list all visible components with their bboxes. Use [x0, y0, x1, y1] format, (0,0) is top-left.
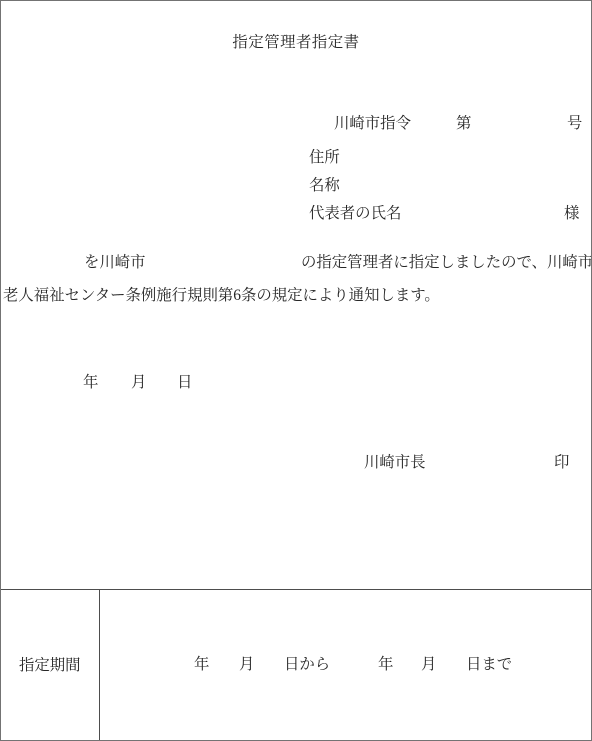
directive-number-prefix: 第 [456, 116, 471, 131]
seal-mark: 印 [554, 455, 569, 470]
directive-number-suffix: 号 [567, 116, 582, 131]
issue-date-day-label: 日 [177, 375, 192, 390]
page-title: 指定管理者指定書 [1, 35, 591, 50]
name-label: 名称 [309, 178, 340, 193]
mayor-name: 川崎市長 [364, 455, 426, 470]
representative-label: 代表者の氏名 [309, 206, 401, 221]
period-table-divider [99, 590, 100, 741]
period-table-top-rule [1, 589, 591, 590]
period-from-month-label: 月 [239, 657, 254, 672]
period-to-month-label: 月 [421, 657, 436, 672]
honorific-label: 様 [564, 206, 579, 221]
body-line1-tail: の指定管理者に指定しましたので、川崎市 [301, 255, 592, 270]
issue-date-year-label: 年 [83, 375, 98, 390]
period-row-label: 指定期間 [19, 658, 81, 673]
directive-issuer: 川崎市指令 [334, 116, 411, 131]
body-line2: 老人福祉センター条例施行規則第6条の規定により通知します。 [3, 288, 440, 303]
period-from-day-label: 日から [284, 657, 330, 672]
period-to-day-label: 日まで [466, 657, 512, 672]
body-line1-lead: を川崎市 [84, 255, 146, 270]
period-to-year-label: 年 [378, 657, 393, 672]
address-label: 住所 [309, 150, 340, 165]
period-from-year-label: 年 [194, 657, 209, 672]
issue-date-month-label: 月 [131, 375, 146, 390]
document-page: 指定管理者指定書 川崎市指令 第 号 住所 名称 代表者の氏名 様 を川崎市 の… [0, 0, 592, 741]
